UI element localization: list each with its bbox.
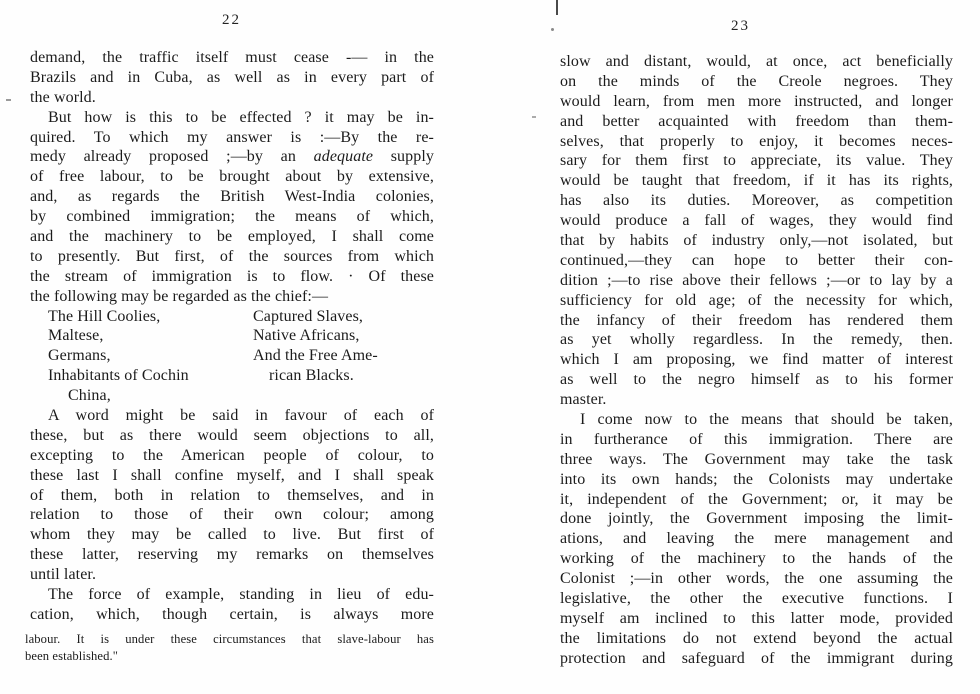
text-line: the infancy of their freedom has rendere… bbox=[560, 311, 953, 331]
page-body: demand, the traffic itself must cease -—… bbox=[30, 48, 434, 625]
page-body: slow and distant, would, at once, act be… bbox=[560, 52, 953, 669]
page-footnote: labour. It is under these circumstances … bbox=[25, 631, 434, 665]
text-line: these, but as there would seem objection… bbox=[30, 426, 434, 446]
text-line: excepting to the American people of colo… bbox=[30, 446, 434, 466]
text-line: Germans,And the Free Ame- bbox=[30, 346, 434, 366]
scan-artifact-bar bbox=[556, 0, 558, 15]
text-line: the world. bbox=[30, 88, 434, 108]
text-line: Colonist ;—in other words, the one assum… bbox=[560, 569, 953, 589]
text-line: by combined immigration; the means of wh… bbox=[30, 207, 434, 227]
text-line: sufficiency for old age; of the necessit… bbox=[560, 291, 953, 311]
text-line: The force of example, standing in lieu o… bbox=[30, 585, 434, 605]
list-item-right: Captured Slaves, bbox=[253, 307, 363, 327]
text-line: myself am inclined to this latter mode, … bbox=[560, 609, 953, 629]
text-line: ations, and leaving the mere management … bbox=[560, 529, 953, 549]
text-line: and, as regards the British West-India c… bbox=[30, 187, 434, 207]
text-line: until later. bbox=[30, 565, 434, 585]
text-line: slow and distant, would, at once, act be… bbox=[560, 52, 953, 72]
text-line: on the minds of the Creole negroes. They bbox=[560, 72, 953, 92]
footnote-line: labour. It is under these circumstances … bbox=[25, 631, 434, 648]
text-line: working of the machinery to the hands of… bbox=[560, 549, 953, 569]
text-line: has also its duties. Moreover, as compet… bbox=[560, 191, 953, 211]
text-line: to presently. But first, of the sources … bbox=[30, 247, 434, 267]
text-line: which I am proposing, we find matter of … bbox=[560, 350, 953, 370]
text-line: selves, that properly to enjoy, it becom… bbox=[560, 132, 953, 152]
text-line: would produce a fall of wages, they woul… bbox=[560, 211, 953, 231]
text-line: protection and safeguard of the immigran… bbox=[560, 649, 953, 669]
text-line: whom they may be called to live. But fir… bbox=[30, 525, 434, 545]
text-segment: medy already proposed ;—by an bbox=[30, 148, 314, 165]
text-line: demand, the traffic itself must cease -—… bbox=[30, 48, 434, 68]
text-line: sary for them first to appreciate, its v… bbox=[560, 151, 953, 171]
text-line: relation to those of their own colour; a… bbox=[30, 505, 434, 525]
text-line: these last I shall confine myself, and I… bbox=[30, 466, 434, 486]
page-number: 22 bbox=[222, 12, 241, 29]
text-line: the following may be regarded as the chi… bbox=[30, 287, 434, 307]
text-line: and the machinery to be employed, I shal… bbox=[30, 227, 434, 247]
scan-artifact-speck bbox=[532, 116, 536, 118]
text-line: continued,—they can hope to better their… bbox=[560, 251, 953, 271]
text-line: medy already proposed ;—by an adequate s… bbox=[30, 147, 434, 167]
text-line: the limitations do not extend beyond the… bbox=[560, 629, 953, 649]
text-line: China, bbox=[30, 386, 434, 406]
text-line: three ways. The Government may take the … bbox=[560, 450, 953, 470]
text-line: Brazils and in Cuba, as well as in every… bbox=[30, 68, 434, 88]
text-line: I come now to the means that should be t… bbox=[560, 410, 953, 430]
page-right: 23 slow and distant, would, at once, act… bbox=[560, 0, 953, 694]
page-left: 22 demand, the traffic itself must cease… bbox=[30, 0, 434, 694]
footnote-line: been established." bbox=[25, 648, 434, 665]
text-line: legislative, the other the executive fun… bbox=[560, 589, 953, 609]
book-spread: 22 demand, the traffic itself must cease… bbox=[0, 0, 980, 694]
text-line: these latter, reserving my remarks on th… bbox=[30, 545, 434, 565]
text-line: that by habits of industry only,—not iso… bbox=[560, 231, 953, 251]
text-line: But how is this to be effected ? it may … bbox=[30, 108, 434, 128]
text-line: in furtherance of this immigration. Ther… bbox=[560, 430, 953, 450]
text-line: the stream of immigration is to flow. · … bbox=[30, 267, 434, 287]
text-segment: supply bbox=[373, 148, 434, 165]
list-item-left: Inhabitants of Cochin bbox=[48, 366, 189, 386]
page-number: 23 bbox=[731, 18, 750, 35]
text-line: master. bbox=[560, 390, 953, 410]
italic-word: adequate bbox=[314, 148, 373, 165]
scan-artifact-speck bbox=[6, 99, 11, 101]
text-line: of them, both in relation to themselves,… bbox=[30, 486, 434, 506]
text-line: The Hill Coolies,Captured Slaves, bbox=[30, 307, 434, 327]
text-line: it, independent of the Government; or, i… bbox=[560, 490, 953, 510]
text-line: into its own hands; the Colonists may un… bbox=[560, 470, 953, 490]
list-item-left: Maltese, bbox=[48, 326, 103, 346]
text-line: A word might be said in favour of each o… bbox=[30, 406, 434, 426]
list-item-right: rican Blacks. bbox=[269, 366, 354, 386]
text-line: and better acquainted with freedom than … bbox=[560, 112, 953, 132]
text-line: would learn, from men more instructed, a… bbox=[560, 92, 953, 112]
list-item-right: Native Africans, bbox=[253, 326, 359, 346]
text-line: dition ;—to rise above their fellows ;—o… bbox=[560, 271, 953, 291]
list-item-right: And the Free Ame- bbox=[253, 346, 378, 366]
text-line: Maltese,Native Africans, bbox=[30, 326, 434, 346]
text-line: Inhabitants of Cochinrican Blacks. bbox=[30, 366, 434, 386]
list-item-left: The Hill Coolies, bbox=[48, 307, 160, 327]
text-line: as yet wholly regardless. In the remedy,… bbox=[560, 330, 953, 350]
text-line: cation, which, though certain, is always… bbox=[30, 605, 434, 625]
text-line: done jointly, the Government imposing th… bbox=[560, 509, 953, 529]
text-line: would be taught that freedom, if it has … bbox=[560, 171, 953, 191]
text-line: quired. To which my answer is :—By the r… bbox=[30, 128, 434, 148]
scan-artifact-dot bbox=[551, 28, 554, 31]
text-line: as well to the negro himself as to his f… bbox=[560, 370, 953, 390]
list-item-left: Germans, bbox=[48, 346, 111, 366]
text-line: of free labour, to be brought about by e… bbox=[30, 167, 434, 187]
